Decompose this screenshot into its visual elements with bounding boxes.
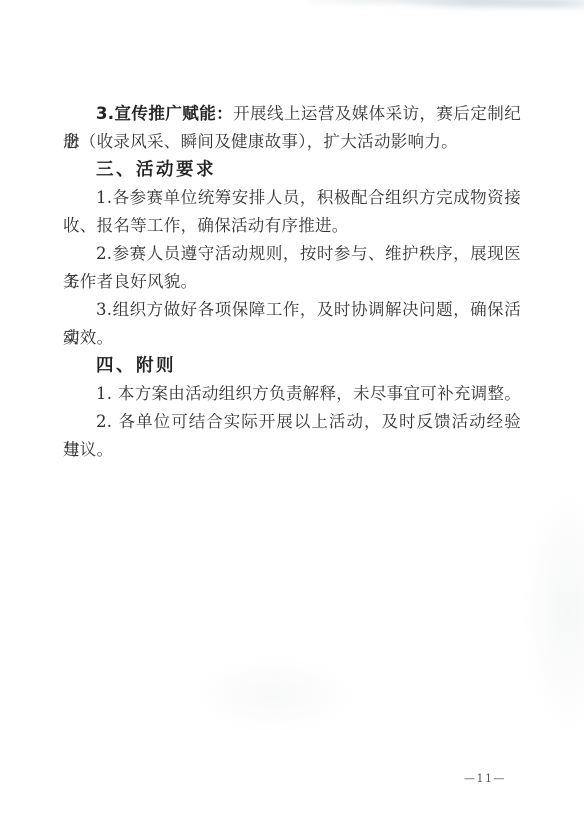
text-line: 工作者良好风貌。 [63,268,521,296]
scanned-document-page: 3.宣传推广赋能：开展线上运营及媒体采访，赛后定制纪念 册（收录风采、瞬间及健康… [0,0,584,827]
text-run: 1.各参赛单位统筹安排人员，积极配合组织方完成物资接 [96,188,521,207]
text-run: 册（收录风采、瞬间及健康故事），扩大活动影响力。 [63,132,458,151]
document-body: 3.宣传推广赋能：开展线上运营及媒体采访，赛后定制纪念 册（收录风采、瞬间及健康… [63,100,521,464]
run-in-bold-label: 3.宣传推广赋能： [96,104,233,123]
scan-smudge-top [310,0,584,20]
heading-text: 四、附则 [96,356,176,376]
text-run: 1. 本方案由活动组织方负责解释，未尽事宜可补充调整。 [96,384,521,403]
text-line: 1.各参赛单位统筹安排人员，积极配合组织方完成物资接 [63,184,521,212]
text-line: 实效。 [63,324,521,352]
text-run: 工作者良好风貌。 [63,272,197,291]
section-heading: 三、活动要求 [63,156,521,184]
scan-smudge-bottom [160,630,390,760]
page-number: —11— [464,772,506,785]
text-run: 建议。 [63,440,113,459]
text-run: 实效。 [63,328,113,347]
text-line: 3.宣传推广赋能：开展线上运营及媒体采访，赛后定制纪念 [63,100,521,128]
text-line: 收、报名等工作，确保活动有序推进。 [63,212,521,240]
text-run: 收、报名等工作，确保活动有序推进。 [63,216,349,235]
text-line: 2. 各单位可结合实际开展以上活动，及时反馈活动经验与 [63,408,521,436]
heading-text: 三、活动要求 [96,160,216,180]
section-heading: 四、附则 [63,352,521,380]
text-line: 册（收录风采、瞬间及健康故事），扩大活动影响力。 [63,128,521,156]
text-line: 2.参赛人员遵守活动规则，按时参与、维护秩序，展现医务 [63,240,521,268]
text-line: 建议。 [63,436,521,464]
scan-smudge-right [484,430,584,790]
text-line: 3.组织方做好各项保障工作，及时协调解决问题，确保活动 [63,296,521,324]
text-line: 1. 本方案由活动组织方负责解释，未尽事宜可补充调整。 [63,380,521,408]
